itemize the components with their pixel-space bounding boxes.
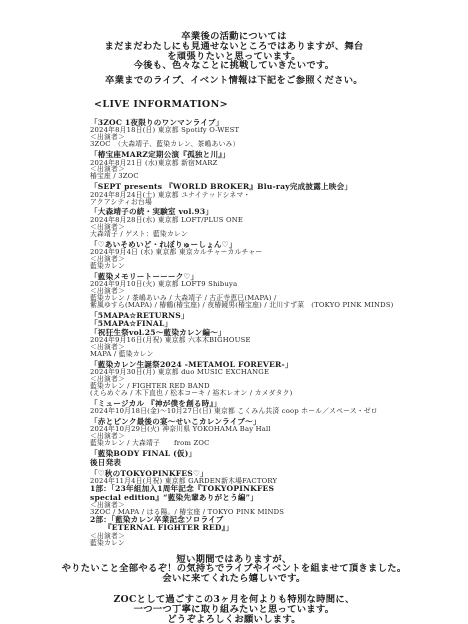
intro-block: 卒業後の活動についてはまだまだわたしにも見通せないところではありますが、舞台を頑…: [0, 32, 468, 86]
event-detail: 3ZOC （大森靖子、藍染カレン、茶嶋あいみ）: [90, 141, 468, 148]
event-detail: 椿宝座 / 3ZOC: [90, 173, 468, 180]
event-detail: MAPA / 藍染カレン: [90, 351, 468, 358]
event-detail: 2024年9月16日(月祝) 東京都 六本木BIGHOUSE: [90, 337, 468, 344]
event-detail: 藍染カレン: [90, 263, 468, 270]
event-detail: 2024年10月29日(火) 神奈川県 YOKOHAMA Bay Hall: [90, 426, 468, 433]
event-detail: 2024年9月30日(月) 東京都 duo MUSIC EXCHANGE: [90, 369, 468, 376]
event-detail: 大森靖子 / ゲスト：藍染カレン: [90, 231, 468, 238]
event-detail: アクアシティお台場: [90, 199, 468, 206]
event-list: 「3ZOC 1夜限りのワンマンライブ」2024年8月18日(日) 東京都 Spo…: [90, 119, 468, 547]
event-detail: 2024年9月4日 (水) 東京都 東京カルチャーカルチャー: [90, 249, 468, 256]
event-block: 「大森靖子の続・実験室 vol.93」2024年8月28日(水) 東京都 LOF…: [90, 208, 468, 237]
event-detail: ＜出演者＞: [90, 256, 468, 263]
event-detail: ＜出演者＞: [90, 166, 468, 173]
intro-line: 卒業までのライブ、イベント情報は下記をご参照ください。: [0, 76, 468, 86]
event-title: 『ETERNAL FIGHTER RED』」: [90, 524, 468, 532]
event-detail: ＜出演者＞: [90, 533, 468, 540]
event-detail: 2024年8月18日(日) 東京都 Spotify O-WEST: [90, 127, 468, 134]
event-block: 「SEPT presents 『WORLD BROKER』Blu-ray完成披露…: [90, 183, 468, 205]
outro-line: どうぞよろしくお願いします。: [0, 615, 468, 624]
announcement-page: 卒業後の活動についてはまだまだわたしにも見通せないところではありますが、舞台を頑…: [0, 0, 468, 624]
event-detail: 2024年10月18日(金)～10月27日(日) 東京都 こくみん共済 coop…: [90, 408, 468, 415]
event-block: 「♡あいそめいど・れぼりゅーしょん♡」2024年9月4日 (水) 東京都 東京カ…: [90, 241, 468, 270]
event-detail: 2024年8月28日(水) 東京都 LOFT/PLUS ONE: [90, 217, 468, 224]
live-information-section: <LIVE INFORMATION> 「3ZOC 1夜限りのワンマンライブ」20…: [90, 99, 468, 547]
event-detail: 藍染カレン / 大森靖子 from ZOC: [90, 440, 468, 447]
intro-block-paragraph: 卒業までのライブ、イベント情報は下記をご参照ください。: [0, 76, 468, 86]
event-block: 「藍染メモリートーーーク♡」2024年9月10日(火) 東京都 LOFT9 Sh…: [90, 273, 468, 309]
event-block: 「藍染カレン生誕祭2024 -METAMOL FOREVER-」2024年9月3…: [90, 361, 468, 397]
outro-line: 会いに来てくれたら嬉しいです。: [0, 574, 468, 584]
event-block: 「椿宝座MARZ定期公演『孤独と川』」2024年8月21日 (水)東京都 新宿M…: [90, 151, 468, 180]
event-title: 「藍染BODY FINAL (仮)」: [90, 450, 468, 458]
event-block: 「3ZOC 1夜限りのワンマンライブ」2024年8月18日(日) 東京都 Spo…: [90, 119, 468, 148]
intro-line: 今後も、色々なことに挑戦していきたいです。: [0, 61, 468, 71]
outro-block: 短い期間ではありますが、やりたいこと全部やるぞ！の気持ちでライブやイベントを組ま…: [0, 555, 468, 624]
event-detail: 2024年8月21日 (水)東京都 新宿MARZ: [90, 160, 468, 167]
event-block: 「藍染BODY FINAL (仮)」後日発表: [90, 450, 468, 467]
event-block: 「赤とピンク最後の宴～せいこカレンライブ～」2024年10月29日(火) 神奈川…: [90, 418, 468, 447]
outro-block-paragraph: 短い期間ではありますが、やりたいこと全部やるぞ！の気持ちでライブやイベントを組ま…: [0, 555, 468, 584]
event-block: 「ミュージカル 『神が僕を創る時』」2024年10月18日(金)～10月27日(…: [90, 400, 468, 415]
event-block: 「♡秋のTOKYOPINKFES♡」2024年11月4日(月祝) 東京都 GAR…: [90, 470, 468, 547]
event-block: 「5MAPA☆RETURNS」「5MAPA☆FINAL」「祝狂生祭vol.25～…: [90, 312, 468, 358]
outro-block-paragraph: ZOCとして過ごすこの3ヶ月を何よりも特別な時間に、一つ一つ丁寧に取り組みたいと…: [0, 595, 468, 624]
event-detail: (えらめぐみ / 木下直也 / 松本コーキ / 裕木レオン / カメダタク): [90, 390, 468, 397]
event-detail: 藍染カレン: [90, 540, 468, 547]
event-detail: 紫風ゆすら(MAPA) / 椿鶴(椿宝座) / 夜椿鏡男(椿宝座) / 北川すず…: [90, 302, 468, 309]
event-title: 後日発表: [90, 459, 468, 467]
live-information-header: <LIVE INFORMATION>: [94, 99, 468, 110]
event-detail: 2024年9月10日(火) 東京都 LOFT9 Shibuya: [90, 281, 468, 288]
event-title: special edition』“藍染先輩ありがとう編”」: [90, 494, 468, 502]
intro-block-paragraph: 卒業後の活動についてはまだまだわたしにも見通せないところではありますが、舞台を頑…: [0, 32, 468, 71]
